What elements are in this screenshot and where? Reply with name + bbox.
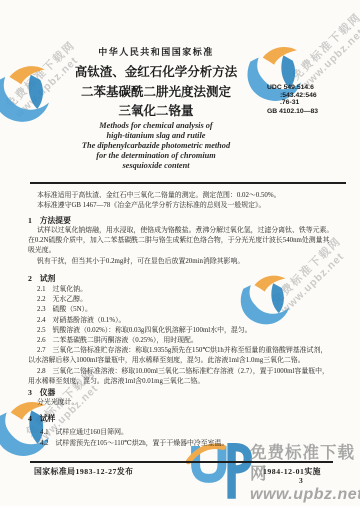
section-3-body: 分光光度计。	[28, 398, 328, 408]
section-4-heading: 4 试样	[28, 413, 55, 424]
section-4-body: 4.1 试样应通过160目筛网。 4.2 试样需预先在105～110℃烘2h，置…	[40, 428, 336, 450]
scope-paragraph: 本标准适用于高钛渣、金红石中三氧化二铬量的测定。测定范围：0.02～0.50%。…	[28, 191, 334, 211]
section-2-body: 2.1 过氧化钠。 2.2 无水乙醇。 2.3 硫酸（5N）。 2.4 对硝基酚…	[28, 285, 332, 387]
english-title: Methods for chemical analysis of high-ti…	[27, 121, 285, 171]
udc-line: UDC 549.514.6	[267, 84, 318, 92]
body-line: 在0.2N硫酸介质中，加入二苯基碳酰二肼与铬生成紫红色络合物，于分光光度计波长5…	[28, 236, 334, 246]
gb-standard-number: GB 4102.10—83	[267, 108, 318, 116]
section-3-heading: 3 仪器	[28, 387, 55, 398]
sample-item: 4.2 试样需预先在105～110℃烘2h，置于干燥器中冷至室温。	[40, 439, 336, 449]
sample-item: 4.1 试样应通过160目筛网。	[40, 428, 336, 438]
udc-line: :543.42:546	[267, 92, 318, 100]
english-title-line: The diphenylcarbazide photometric method	[27, 141, 285, 151]
national-standard-label: 中华人民共和国国家标准	[27, 45, 285, 58]
section-1-body: 试样以过氧化钠熔融，用水浸取，使铬成为铬酸盐。煮沸分解过氧化氢，过滤分离钛、铁等…	[28, 226, 334, 267]
section-1-heading: 1 方法提要	[28, 215, 71, 226]
implementation-date: 1984-12-01实施	[263, 466, 321, 477]
reagent-item: 2.4 对硝基酚溶液（0.1%）。	[28, 316, 332, 326]
standard-document: 中华人民共和国国家标准 高钛渣、金红石化学分析方法 二苯基碳酰二肼光度法测定 三…	[0, 0, 360, 506]
body-line: 吸光度。	[28, 246, 334, 256]
footer-rule	[30, 461, 333, 463]
title-line-3: 三氧化二铬量	[27, 102, 285, 122]
reagent-item: 2.8 三氧化二铬标准溶液：移取10.00ml三氧化二铬标准贮存溶液（2.7），…	[28, 367, 332, 387]
english-title-line: Methods for chemical analysis of	[27, 121, 285, 131]
reagent-item: 2.6 二苯基碳酰二肼丙酮溶液（0.25%），用时现配。	[28, 336, 332, 346]
page-number: 3	[299, 476, 303, 485]
body-line: 试样以过氧化钠熔融，用水浸取，使铬成为铬酸盐。煮沸分解过氧化氢，过滤分离钛、铁等…	[28, 226, 334, 236]
title-line-2: 二苯基碳酰二肼光度法测定	[27, 83, 285, 103]
issue-date: 国家标准局1983-12-27发布	[34, 466, 133, 477]
english-title-line: sesquioxide content	[27, 161, 285, 171]
title-line-1: 高钛渣、金红石化学分析方法	[27, 63, 285, 83]
reagent-item: 2.1 过氧化钠。	[28, 285, 332, 295]
english-title-line: high-titanium slag and rutile	[27, 131, 285, 141]
reagent-item: 2.5 钒酸溶液（0.02%）：称取0.03g四氧化钒溶解于100ml水中，混匀…	[28, 326, 332, 336]
body-line: 钒有干扰，但当其小于0.2mg时，可在显色后放置20min消除其影响。	[28, 257, 334, 267]
scope-line: 本标准遵守GB 1467—78《冶金产品化学分析方法标准的总则及一般规定》。	[28, 201, 334, 211]
reagent-item: 2.7 三氧化二铬标准贮存溶液：称取1.9355g预先在150℃烘1h并称至恒量…	[28, 346, 332, 366]
document-title: 高钛渣、金红石化学分析方法 二苯基碳酰二肼光度法测定 三氧化二铬量	[27, 63, 285, 122]
document-page: 免费标准下载网 www.upbz.net 免费标准下载网 www.upbz.ne…	[0, 0, 360, 506]
english-title-line: for the determination of chromium	[27, 151, 285, 161]
header-rule	[30, 182, 346, 184]
section-2-heading: 2 试剂	[28, 273, 55, 284]
udc-code-block: UDC 549.514.6 :543.42:546 .76-31 GB 4102…	[267, 84, 318, 115]
reagent-item: 2.3 硫酸（5N）。	[28, 305, 332, 315]
reagent-item: 2.2 无水乙醇。	[28, 295, 332, 305]
scope-line: 本标准适用于高钛渣、金红石中三氧化二铬量的测定。测定范围：0.02～0.50%。	[28, 191, 334, 201]
udc-line: .76-31	[267, 99, 318, 107]
